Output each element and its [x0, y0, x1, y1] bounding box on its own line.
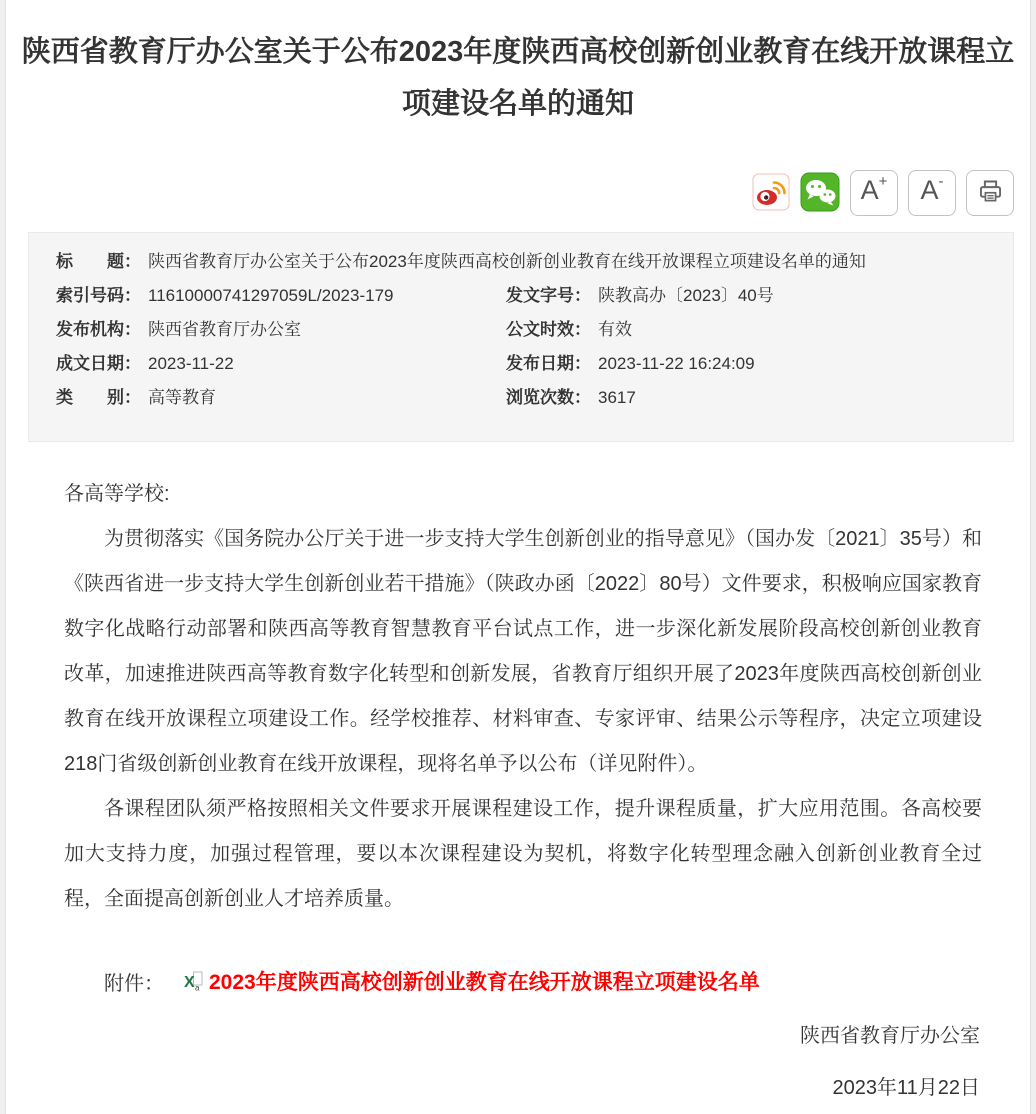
- meta-views-row: 浏览次数：3617: [506, 381, 1003, 415]
- font-increase-button[interactable]: A+: [850, 170, 898, 216]
- meta-index-value: 11610000741297059L/2023-179: [148, 286, 394, 305]
- weibo-share-button[interactable]: [752, 174, 790, 212]
- meta-publisher-value: 陕西省教育厅办公室: [148, 320, 301, 339]
- meta-publish-date-label: 发布日期：: [506, 354, 591, 373]
- meta-index-row: 索引号码：11610000741297059L/2023-179: [56, 279, 506, 313]
- meta-publisher-label: 发布机构：: [56, 320, 141, 339]
- print-button[interactable]: [966, 170, 1014, 216]
- font-increase-label: A: [861, 177, 879, 204]
- meta-doc-number-row: 发文字号：陕教高办〔2023〕40号: [506, 279, 1003, 313]
- minus-sign: -: [939, 174, 944, 189]
- meta-validity-value: 有效: [598, 320, 632, 339]
- meta-grid: 索引号码：11610000741297059L/2023-179 发文字号：陕教…: [56, 279, 1003, 415]
- meta-title-label: 标 题：: [56, 252, 141, 271]
- meta-written-date-label: 成文日期：: [56, 354, 141, 373]
- font-decrease-button[interactable]: A-: [908, 170, 956, 216]
- document-metadata: 标 题：陕西省教育厅办公室关于公布2023年度陕西高校创新创业教育在线开放课程立…: [28, 232, 1014, 442]
- meta-publish-date-row: 发布日期：2023-11-22 16:24:09: [506, 347, 1003, 381]
- paragraph-1: 为贯彻落实《国务院办公厅关于进一步支持大学生创新创业的指导意见》（国办发〔202…: [64, 517, 982, 787]
- document-body: 各高等学校: 为贯彻落实《国务院办公厅关于进一步支持大学生创新创业的指导意见》（…: [64, 472, 982, 922]
- meta-validity-label: 公文时效：: [506, 320, 591, 339]
- excel-file-icon: X a: [184, 971, 203, 992]
- attachment-link[interactable]: 2023年度陕西高校创新创业教育在线开放课程立项建设名单: [209, 966, 760, 996]
- meta-written-date-row: 成文日期：2023-11-22: [56, 347, 506, 381]
- printer-icon: [977, 177, 1004, 209]
- meta-category-row: 类 别：高等教育: [56, 381, 506, 415]
- meta-title-row: 标 题：陕西省教育厅办公室关于公布2023年度陕西高校创新创业教育在线开放课程立…: [56, 245, 1003, 279]
- signature-block: 陕西省教育厅办公室 2023年11月22日: [6, 1010, 980, 1114]
- signature-date: 2023年11月22日: [6, 1062, 980, 1114]
- weibo-icon: [752, 173, 790, 214]
- svg-text:a: a: [195, 983, 200, 992]
- document-page: 陕西省教育厅办公室关于公布2023年度陕西高校创新创业教育在线开放课程立项建设名…: [5, 0, 1031, 1114]
- plus-sign: +: [879, 174, 888, 189]
- wechat-share-button[interactable]: [800, 173, 840, 213]
- attachment-label: 附件：: [104, 967, 164, 996]
- svg-text:X: X: [184, 974, 195, 991]
- meta-views-label: 浏览次数：: [506, 388, 591, 407]
- meta-title-value: 陕西省教育厅办公室关于公布2023年度陕西高校创新创业教育在线开放课程立项建设名…: [148, 252, 866, 271]
- wechat-icon: [800, 172, 840, 215]
- meta-publisher-row: 发布机构：陕西省教育厅办公室: [56, 313, 506, 347]
- meta-publish-date-value: 2023-11-22 16:24:09: [598, 354, 755, 373]
- meta-doc-number-label: 发文字号：: [506, 286, 591, 305]
- meta-validity-row: 公文时效：有效: [506, 313, 1003, 347]
- attachment-row: 附件： X a 2023年度陕西高校创新创业教育在线开放课程立项建设名单: [104, 966, 1030, 996]
- page-title: 陕西省教育厅办公室关于公布2023年度陕西高校创新创业教育在线开放课程立项建设名…: [14, 26, 1022, 130]
- meta-written-date-value: 2023-11-22: [148, 354, 234, 373]
- meta-index-label: 索引号码：: [56, 286, 141, 305]
- meta-doc-number-value: 陕教高办〔2023〕40号: [598, 286, 774, 305]
- share-toolbar: A+ A-: [6, 170, 1014, 216]
- meta-category-label: 类 别：: [56, 388, 141, 407]
- salutation: 各高等学校:: [64, 472, 982, 517]
- paragraph-2: 各课程团队须严格按照相关文件要求开展课程建设工作，提升课程质量，扩大应用范围。各…: [64, 787, 982, 922]
- meta-category-value: 高等教育: [148, 388, 216, 407]
- meta-views-value: 3617: [598, 388, 636, 407]
- font-decrease-label: A: [920, 177, 938, 204]
- signature-agency: 陕西省教育厅办公室: [6, 1010, 980, 1062]
